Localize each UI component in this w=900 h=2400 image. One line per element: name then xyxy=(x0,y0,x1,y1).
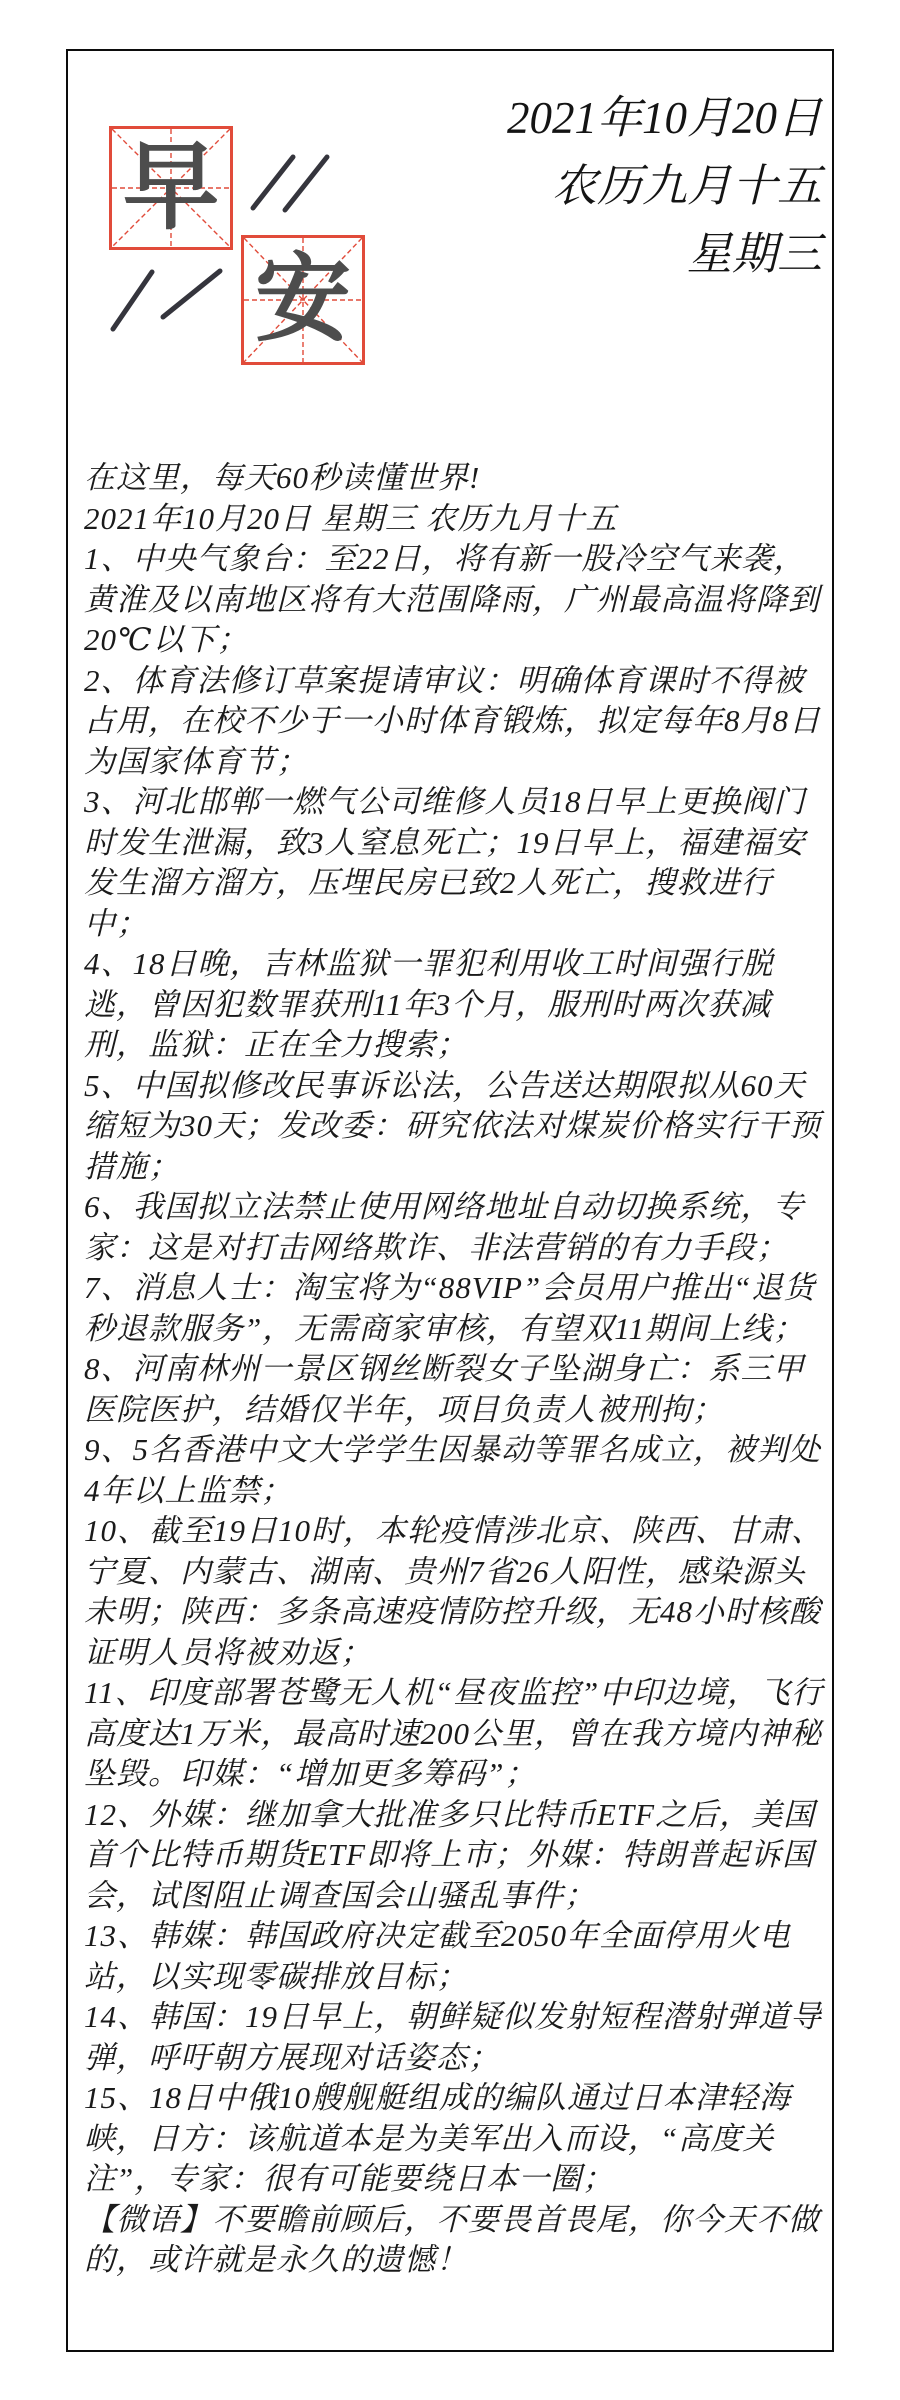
news-item-9: 9、5名香港中文大学学生因暴动等罪名成立，被判处4年以上监禁； xyxy=(84,1430,834,1511)
news-item-8: 8、河南林州一景区钢丝断裂女子坠湖身亡：系三甲医院医护，结婚仅半年，项目负责人被… xyxy=(84,1349,834,1430)
header-lunar-date: 农历九月十五 xyxy=(362,152,822,220)
news-item-14: 14、韩国：19日早上，朝鲜疑似发射短程潜射弹道导弹，呼吁朝方展现对话姿态； xyxy=(84,1997,834,2078)
news-item-1: 1、中央气象台：至22日，将有新一股冷空气来袭，黄淮及以南地区将有大范围降雨，广… xyxy=(84,539,834,661)
news-item-10: 10、截至19日10时，本轮疫情涉北京、陕西、甘肃、宁夏、内蒙古、湖南、贵州7省… xyxy=(84,1511,834,1673)
intro-line: 在这里，每天60秒读懂世界! xyxy=(84,458,834,499)
header-date-block: 2021年10月20日 农历九月十五 星期三 xyxy=(362,84,822,288)
news-item-12: 12、外媒：继加拿大批准多只比特币ETF之后，美国首个比特币期货ETF即将上市；… xyxy=(84,1795,834,1917)
date-line: 2021年10月20日 星期三 农历九月十五 xyxy=(84,499,834,540)
news-item-2: 2、体育法修订草案提请审议：明确体育课时不得被占用，在校不少于一小时体育锻炼，拟… xyxy=(84,661,834,783)
news-item-4: 4、18日晚，吉林监狱一罪犯利用收工时间强行脱逃，曾因犯数罪获刑11年3个月，服… xyxy=(84,944,834,1066)
news-item-13: 13、韩媒：韩国政府决定截至2050年全面停用火电站，以实现零碳排放目标； xyxy=(84,1916,834,1997)
news-item-5: 5、中国拟修改民事诉讼法，公告送达期限拟从60天缩短为30天；发改委：研究依法对… xyxy=(84,1066,834,1188)
header-weekday: 星期三 xyxy=(362,220,822,288)
news-body: 在这里，每天60秒读懂世界! 2021年10月20日 星期三 农历九月十五 1、… xyxy=(84,458,834,2281)
morning-news-card: 早 安 2021年10月20日 农历九月十五 星期三 在这里，每天60秒读懂世界… xyxy=(0,0,900,2400)
zaoan-logo: 早 安 xyxy=(100,115,370,415)
header-date: 2021年10月20日 xyxy=(362,84,822,152)
news-item-7: 7、消息人士：淘宝将为“88VIP”会员用户推出“退货秒退款服务”，无需商家审核… xyxy=(84,1268,834,1349)
weiyu-quote: 【微语】不要瞻前顾后，不要畏首畏尾，你今天不做的，或许就是永久的遗憾！ xyxy=(84,2200,834,2281)
news-item-15: 15、18日中俄10艘舰艇组成的编队通过日本津轻海峡，日方：该航道本是为美军出入… xyxy=(84,2078,834,2200)
news-item-11: 11、印度部署苍鹭无人机“昼夜监控”中印边境，飞行高度达1万米，最高时速200公… xyxy=(84,1673,834,1795)
news-item-3: 3、河北邯郸一燃气公司维修人员18日早上更换阀门时发生泄漏，致3人窒息死亡；19… xyxy=(84,782,834,944)
double-slash-icon xyxy=(100,115,370,415)
news-item-6: 6、我国拟立法禁止使用网络地址自动切换系统，专家：这是对打击网络欺诈、非法营销的… xyxy=(84,1187,834,1268)
